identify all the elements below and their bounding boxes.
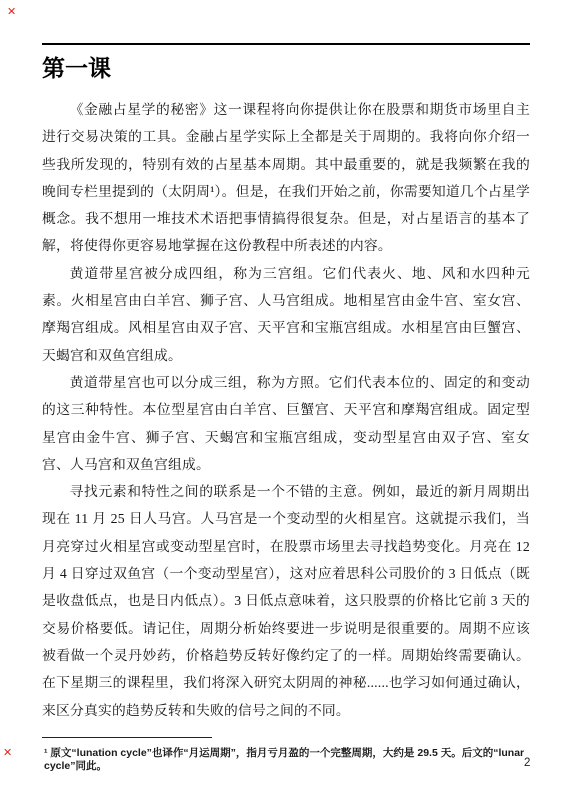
deleted-image-x-icon: ✕ xyxy=(7,6,16,17)
body-paragraph: 《金融占星学的秘密》这一课程将向你提供让你在股票和期货市场里自主进行交易决策的工… xyxy=(42,96,530,260)
body-paragraph: 黄道带星宫也可以分成三组，称为方照。它们代表本位的、固定的和变动的这三种特性。本… xyxy=(42,369,530,478)
deleted-image-x-icon: ✕ xyxy=(3,747,12,758)
footnote-separator xyxy=(42,737,212,738)
body-paragraph: 寻找元素和特性之间的联系是一个不错的主意。例如，最近的新月周期出现在 11 月 … xyxy=(42,478,530,724)
page-number: 2 xyxy=(524,757,530,770)
page-title: 第一课 xyxy=(42,54,530,84)
document-page: ✕ 第一课 《金融占星学的秘密》这一课程将向你提供让你在股票和期货市场里自主进行… xyxy=(0,0,569,803)
footnote-area: ¹ 原文“lunation cycle”也译作“月运周期”，指月亏月盈的一个完整… xyxy=(42,737,530,773)
footnote-text: ¹ 原文“lunation cycle”也译作“月运周期”，指月亏月盈的一个完整… xyxy=(44,747,530,773)
page-body: 第一课 《金融占星学的秘密》这一课程将向你提供让你在股票和期货市场里自主进行交易… xyxy=(42,43,530,724)
body-paragraph: 黄道带星宫被分成四组，称为三宫组。它们代表火、地、风和水四种元素。火相星宫由白羊… xyxy=(42,260,530,369)
